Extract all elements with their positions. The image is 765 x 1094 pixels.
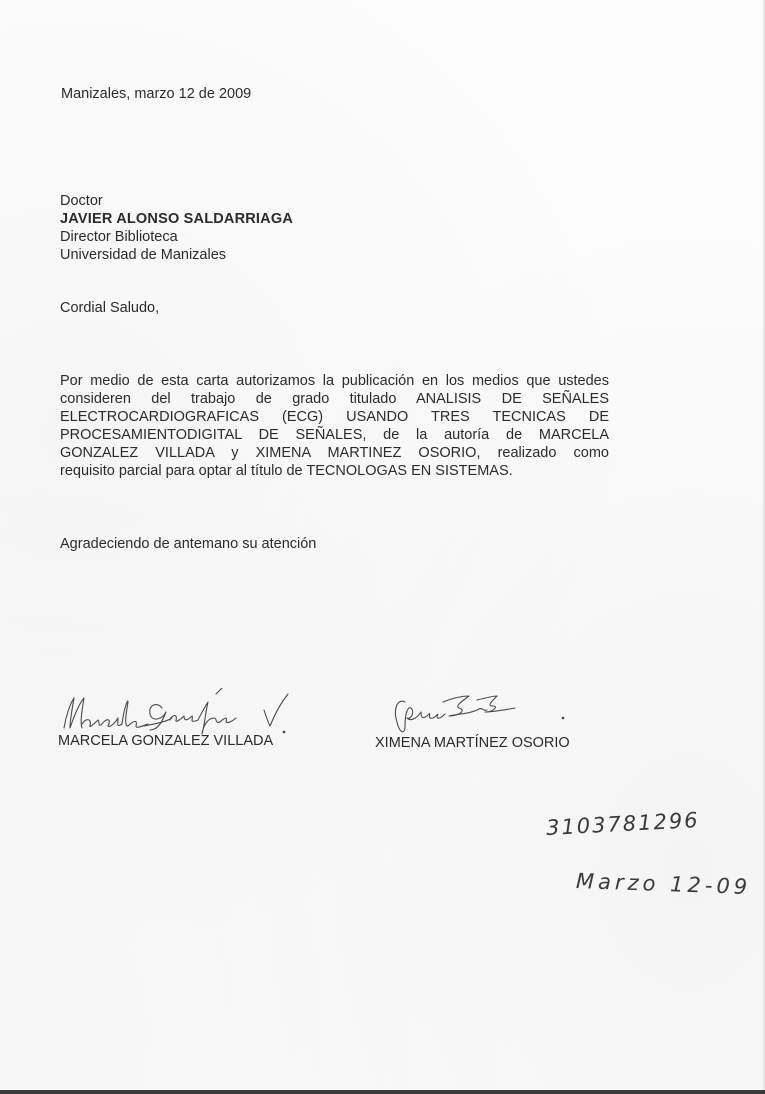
date-line: Manizales, marzo 12 de 2009 (61, 86, 251, 103)
body-line: PROCESAMIENTODIGITAL DE SEÑALES, de la a… (60, 426, 609, 444)
scanned-letter-page: Manizales, marzo 12 de 2009 Doctor JAVIE… (0, 0, 765, 1090)
body-line: GONZALEZ VILLADA y XIMENA MARTINEZ OSORI… (60, 444, 609, 462)
signatory-name: XIMENA MARTÍNEZ OSORIO (375, 735, 570, 751)
body-paragraph: Por medio de esta carta autorizamos la p… (60, 372, 609, 480)
body-line: consideren del trabajo de grado titulado… (60, 390, 609, 408)
handwritten-date: Marzo 12-09 (576, 869, 752, 899)
signatory-name: MARCELA GONZALEZ VILLADA (58, 733, 273, 749)
scan-bottom-edge (0, 1090, 765, 1094)
body-line: Por medio de esta carta autorizamos la p… (60, 372, 609, 390)
closing-line: Agradeciendo de antemano su atención (60, 536, 316, 553)
recipient-position: Director Biblioteca (60, 228, 293, 246)
recipient-institution: Universidad de Manizales (60, 246, 293, 264)
body-line: ELECTROCARDIOGRAFICAS (ECG) USANDO TRES … (60, 408, 609, 426)
handwritten-signature-icon (58, 688, 298, 738)
body-line: requisito parcial para optar al título d… (60, 462, 609, 480)
signature-block-ximena: XIMENA MARTÍNEZ OSORIO (375, 688, 615, 750)
handwritten-signature-icon (375, 688, 615, 738)
greeting: Cordial Saludo, (60, 300, 159, 317)
signature-block-marcela: MARCELA GONZALEZ VILLADA (58, 688, 298, 750)
handwritten-phone-number: 3103781296 (545, 808, 700, 840)
recipient-name: JAVIER ALONSO SALDARRIAGA (60, 210, 293, 228)
recipient-block: Doctor JAVIER ALONSO SALDARRIAGA Directo… (60, 192, 293, 264)
recipient-title: Doctor (60, 192, 293, 210)
